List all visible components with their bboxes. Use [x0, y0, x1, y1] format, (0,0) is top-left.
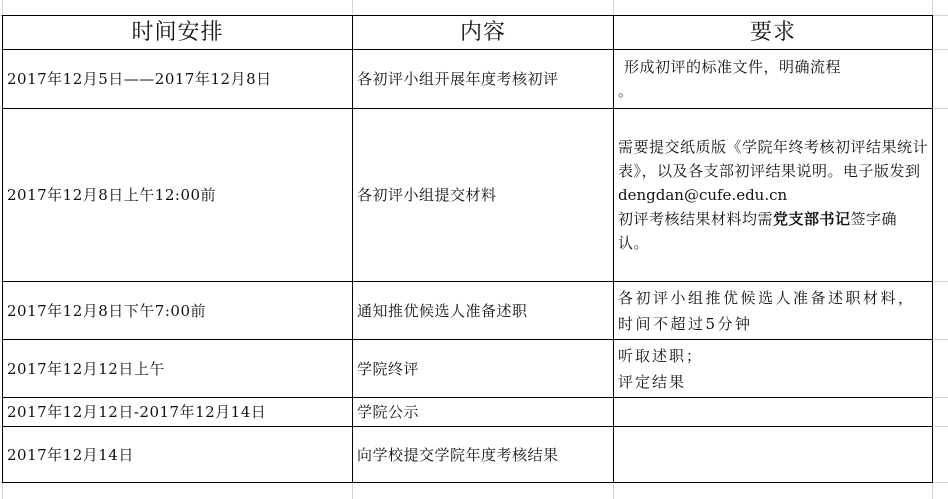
time-cell[interactable]: 2017年12月5日——2017年12月8日: [3, 50, 353, 109]
requirements-text: 初评考核结果材料均需: [618, 210, 773, 228]
header-cell-content[interactable]: 内容: [353, 16, 614, 50]
time-cell[interactable]: 2017年12月14日: [3, 427, 353, 483]
content-cell[interactable]: 各初评小组提交材料: [353, 109, 614, 282]
table-row: 2017年12月14日 向学校提交学院年度考核结果: [3, 427, 933, 483]
requirements-cell[interactable]: 形成初评的标准文件，明确流程 。: [614, 50, 933, 109]
header-cell-time[interactable]: 时间安排: [3, 16, 353, 50]
time-cell[interactable]: 2017年12月8日下午7:00前: [3, 282, 353, 340]
content-cell[interactable]: 学院终评: [353, 340, 614, 398]
table-row: 2017年12月8日上午12:00前 各初评小组提交材料 需要提交纸质版《学院年…: [3, 109, 933, 282]
content-cell[interactable]: 通知推优候选人准备述职: [353, 282, 614, 340]
requirements-line: 听取述职；: [618, 343, 928, 369]
schedule-table: 时间安排 内容 要求 2017年12月5日——2017年12月8日 各初评小组开…: [2, 15, 933, 483]
table-row: 2017年12月5日——2017年12月8日 各初评小组开展年度考核初评 形成初…: [3, 50, 933, 109]
header-cell-requirements[interactable]: 要求: [614, 16, 933, 50]
time-cell[interactable]: 2017年12月8日上午12:00前: [3, 109, 353, 282]
requirements-text: 各初评小组推优候选人准备述职材料，时间不超过5分钟: [618, 289, 916, 333]
requirements-cell[interactable]: 各初评小组推优候选人准备述职材料，时间不超过5分钟: [614, 282, 933, 340]
content-cell[interactable]: 学院公示: [353, 398, 614, 427]
requirements-cell[interactable]: 听取述职； 评定结果: [614, 340, 933, 398]
table-row: 2017年12月12日上午 学院终评 听取述职； 评定结果: [3, 340, 933, 398]
time-cell[interactable]: 2017年12月12日-2017年12月14日: [3, 398, 353, 427]
requirements-line: 形成初评的标准文件，明确流程: [618, 55, 928, 79]
requirements-text: 需要提交纸质版《学院年终考核初评结果统计表》，以及各支部初评结果说明。电子版发到: [618, 138, 928, 180]
bold-emphasis: 党支部书记: [773, 210, 851, 228]
requirements-cell[interactable]: [614, 427, 933, 483]
table-row: 2017年12月8日下午7:00前 通知推优候选人准备述职 各初评小组推优候选人…: [3, 282, 933, 340]
content-cell[interactable]: 向学校提交学院年度考核结果: [353, 427, 614, 483]
time-cell[interactable]: 2017年12月12日上午: [3, 340, 353, 398]
requirements-cell[interactable]: 需要提交纸质版《学院年终考核初评结果统计表》，以及各支部初评结果说明。电子版发到…: [614, 109, 933, 282]
requirements-cell[interactable]: [614, 398, 933, 427]
content-cell[interactable]: 各初评小组开展年度考核初评: [353, 50, 614, 109]
email-address: dengdan@cufe.edu.cn: [618, 183, 928, 207]
requirements-line: 。: [618, 79, 928, 103]
table-row: 2017年12月12日-2017年12月14日 学院公示: [3, 398, 933, 427]
requirements-line: 评定结果: [618, 369, 928, 395]
header-row: 时间安排 内容 要求: [3, 16, 933, 50]
